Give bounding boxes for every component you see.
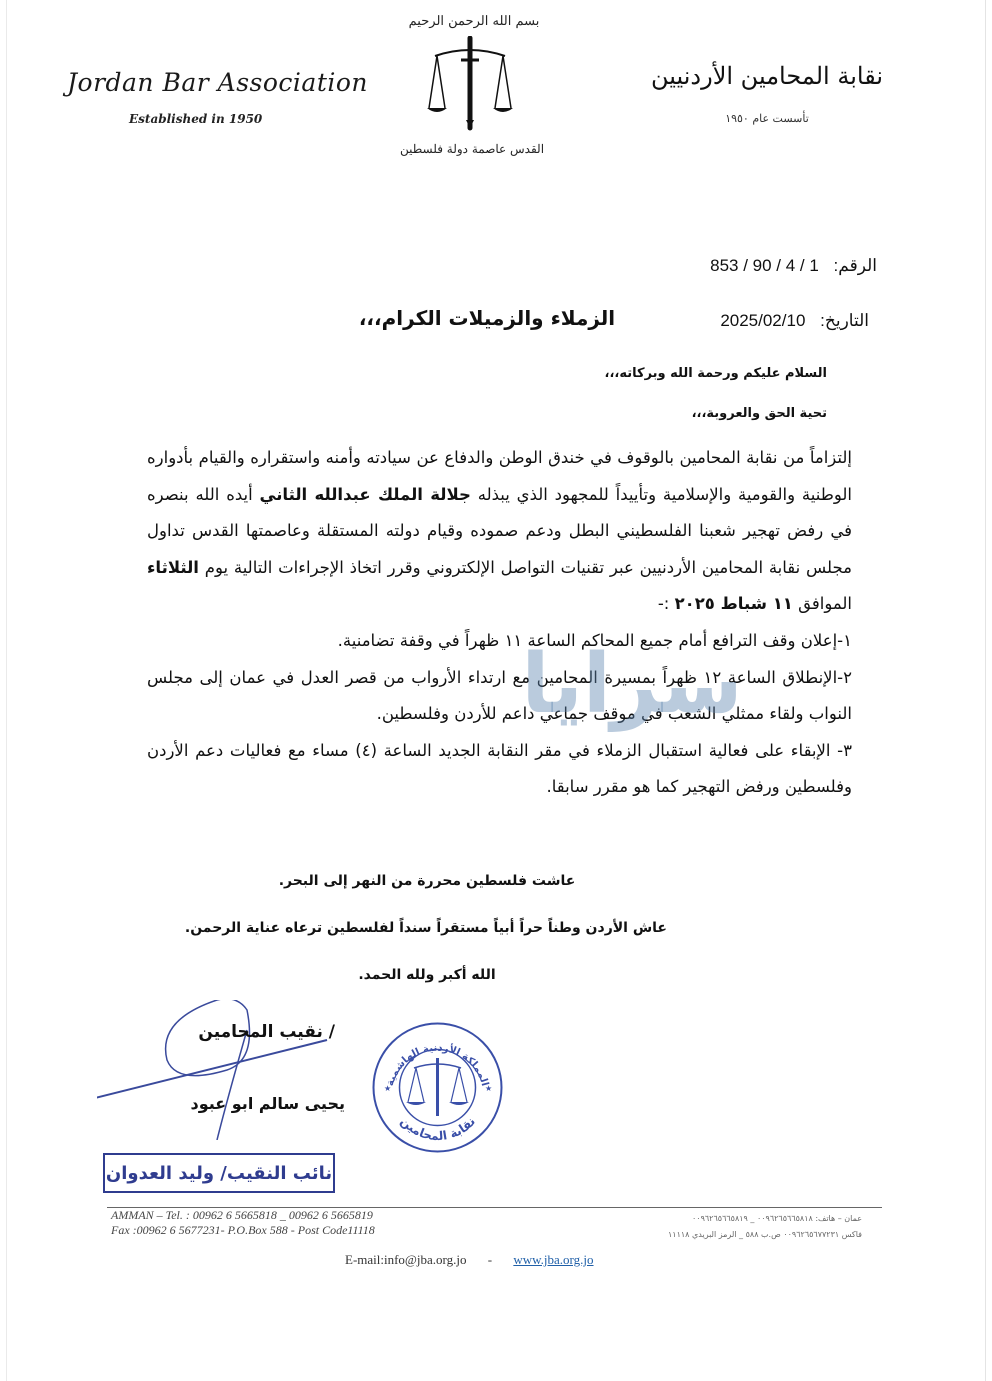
footer-arabic-contact: عمان – هاتف: ٠٠٩٦٢٦٥٦٦٥٨١٨ _ ٠٠٩٦٢٦٥٦٦٥٨… [577, 1211, 862, 1243]
scales-of-justice-icon [425, 36, 515, 136]
signatory-name: يحيى سالم ابو عبود [145, 1094, 345, 1113]
footer-fax: Fax :00962 6 5677231- P.O.Box 588 - Post… [111, 1223, 375, 1238]
arabic-org-name: نقابة المحامين الأردنيين [637, 62, 897, 90]
signature-scribble-icon [97, 1000, 337, 1140]
closing-line: عاشت فلسطين محررة من النهر إلى البحر. [187, 858, 667, 905]
letter-body: إلتزاماً من نقابة المحامين بالوقوف في خن… [147, 440, 852, 806]
footer-english-contact: AMMAN – Tel. : 00962 6 5665818 _ 00962 6… [111, 1208, 375, 1238]
arabic-established: تأسست عام ١٩٥٠ [697, 112, 837, 125]
english-org-name: Jordan Bar Association [67, 68, 368, 97]
footer-website-link[interactable]: www.jba.org.jo [513, 1252, 593, 1267]
action-item-3: ٣- الإبقاء على فعالية استقبال الزملاء في… [147, 733, 852, 806]
svg-text:★: ★ [384, 1084, 391, 1093]
tahiya: تحية الحق والعروبة،،، [692, 406, 827, 421]
footer-fax-ar: فاكس ٠٠٩٦٢٦٥٦٧٧٢٣١ ص.ب ٥٨٨ _ الرمز البري… [577, 1227, 862, 1243]
footer-phone-ar: عمان – هاتف: ٠٠٩٦٢٦٥٦٦٥٨١٨ _ ٠٠٩٦٢٦٥٦٦٥٨… [577, 1211, 862, 1227]
svg-text:نقابة المحامين: نقابة المحامين [398, 1114, 478, 1143]
action-item-2: ٢-الإنطلاق الساعة ١٢ ظهراً بمسيرة المحام… [147, 660, 852, 733]
action-item-1: ١-إعلان وقف الترافع أمام جميع المحاكم ال… [147, 623, 852, 660]
event-date: ١١ شباط ٢٠٢٥ [675, 594, 793, 613]
date-value: 2025/02/10 [720, 311, 805, 330]
footer-separator: - [488, 1252, 492, 1267]
footer-email[interactable]: E-mail:info@jba.org.jo [345, 1252, 467, 1267]
day-name: الثلاثاء [147, 558, 199, 577]
salutation: السلام عليكم ورحمة الله وبركاته،،، [605, 366, 827, 381]
date-label: التاريخ: [820, 311, 869, 330]
english-established: Established in 1950 [129, 112, 262, 126]
signatory-title: / نقيب المحامين [175, 1022, 335, 1042]
reference-label: الرقم: [834, 256, 877, 275]
basmala: بسم الله الرحمن الرحيم [399, 14, 549, 29]
official-seal-icon: المملكة الأردنية الهاشمية نقابة المحامين… [370, 1020, 505, 1155]
closing-line: عاش الأردن وطناً حراً أبياً مستقراً سندا… [187, 905, 667, 952]
svg-text:★: ★ [485, 1084, 492, 1093]
closing-line: الله أكبر ولله الحمد. [187, 952, 667, 999]
letter-page: Jordan Bar Association Established in 19… [6, 0, 986, 1381]
reference-value: 853 / 90 / 4 / 1 [710, 256, 819, 275]
footer-phone: AMMAN – Tel. : 00962 6 5665818 _ 00962 6… [111, 1208, 375, 1223]
king-name: جلالة الملك عبدالله الثاني [260, 485, 471, 504]
quds-motto: القدس عاصمة دولة فلسطين [387, 142, 557, 156]
greeting: الزملاء والزميلات الكرام،،، [357, 306, 617, 330]
letter-date: التاريخ: 2025/02/10 [720, 311, 869, 331]
deputy-stamp: نائب النقيب/ وليد العدوان [103, 1153, 335, 1193]
closing-slogans: عاشت فلسطين محررة من النهر إلى البحر. عا… [187, 858, 667, 999]
intro-paragraph: إلتزاماً من نقابة المحامين بالوقوف في خن… [147, 440, 852, 623]
reference-number: الرقم: 853 / 90 / 4 / 1 [710, 256, 877, 276]
footer-online-contact: E-mail:info@jba.org.jo - www.jba.org.jo [345, 1252, 594, 1268]
